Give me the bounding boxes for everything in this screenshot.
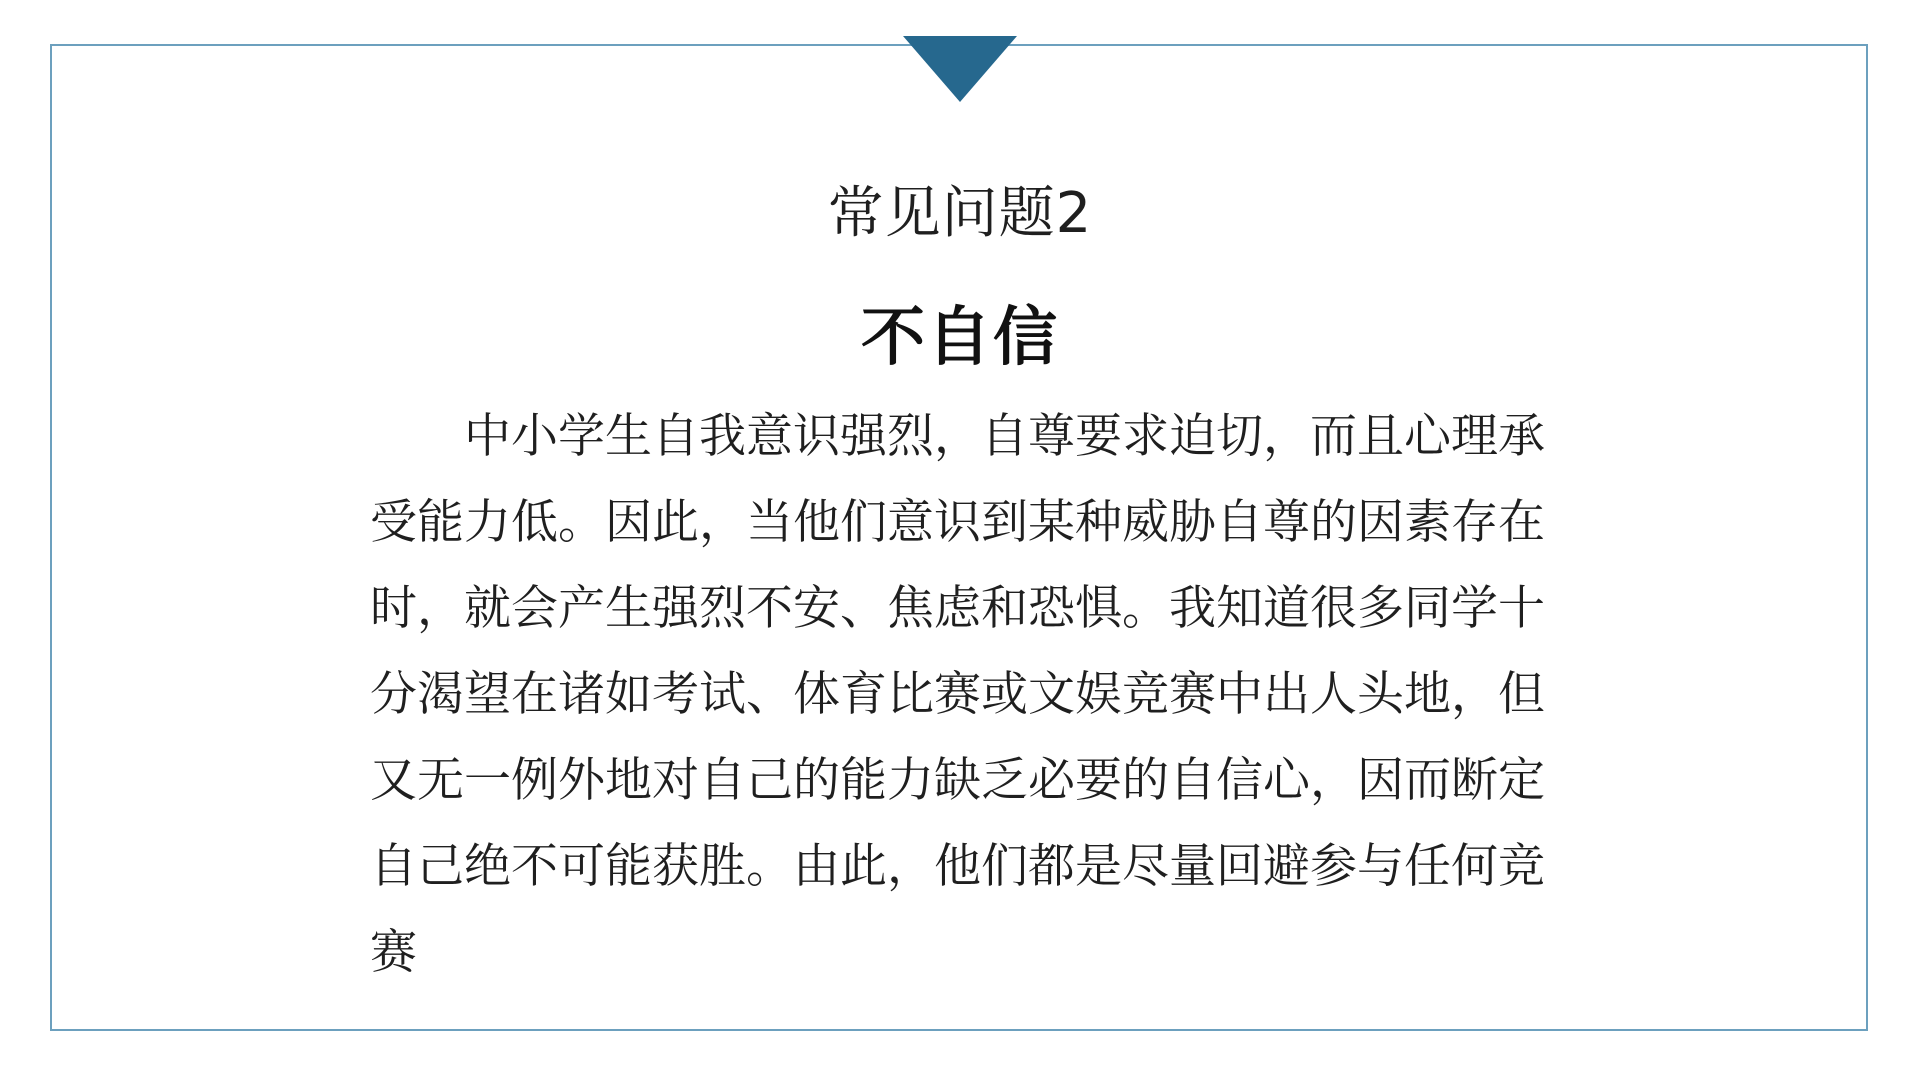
slide-kicker: 常见问题2 (0, 182, 1920, 246)
slide-title: 不自信 (0, 300, 1920, 376)
triangle-down-icon (903, 36, 1017, 102)
slide-body-paragraph: 中小学生自我意识强烈，自尊要求迫切，而且心理承受能力低。因此，当他们意识到某种威… (370, 394, 1550, 996)
presentation-slide: 常见问题2 不自信 中小学生自我意识强烈，自尊要求迫切，而且心理承受能力低。因此… (0, 0, 1920, 1080)
